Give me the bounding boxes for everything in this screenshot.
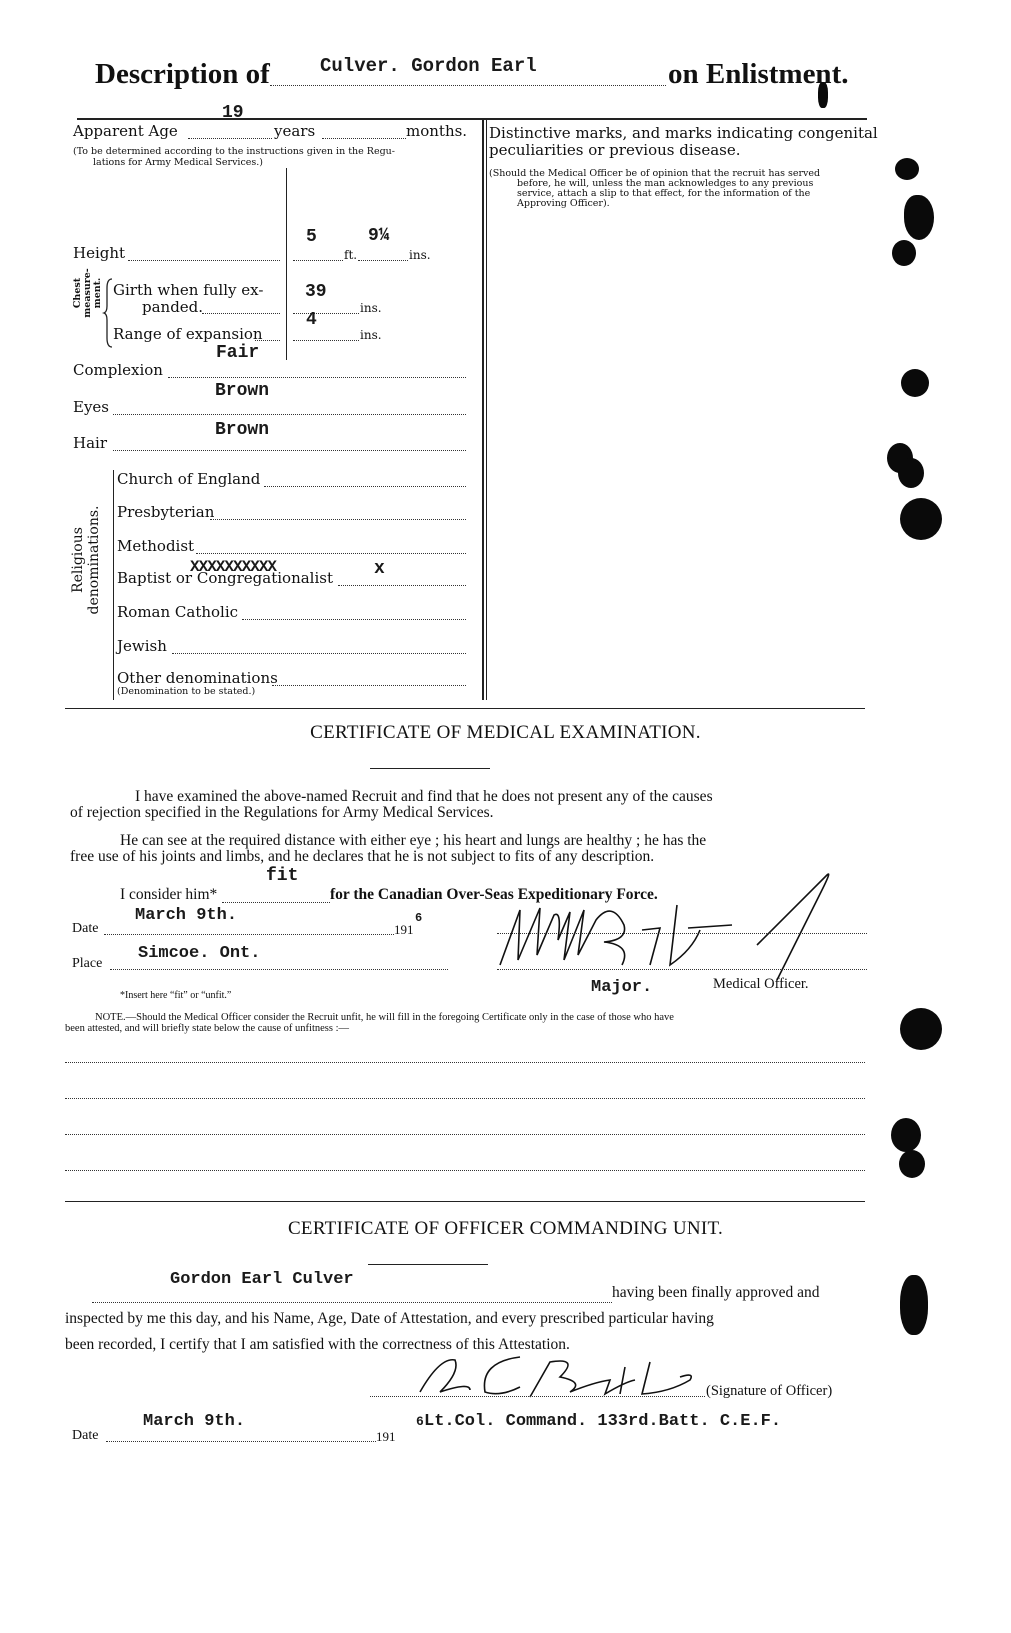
ink-blot-mark bbox=[899, 1150, 925, 1178]
commanding-name-dots bbox=[92, 1302, 612, 1303]
medical-date-value: March 9th. bbox=[135, 906, 237, 925]
girth-unit: ins. bbox=[360, 301, 382, 315]
hair-dots bbox=[113, 450, 466, 451]
girth-label-line2: panded. bbox=[142, 298, 203, 316]
religion-selected-mark: x bbox=[374, 559, 385, 579]
ink-blot-mark bbox=[900, 1275, 928, 1335]
religion-dots bbox=[210, 519, 466, 520]
height-feet-unit: ft. bbox=[344, 248, 357, 262]
medical-officer-rank: Major. bbox=[591, 978, 652, 997]
religion-dots bbox=[338, 585, 466, 586]
chest-label-line3: ment. bbox=[93, 263, 103, 323]
height-dots bbox=[128, 260, 280, 261]
unfitness-line-2[interactable] bbox=[65, 1098, 865, 1099]
fitness-dots bbox=[222, 902, 330, 903]
religion-label-line2: denominations. bbox=[86, 475, 102, 645]
ink-blot-mark bbox=[900, 498, 942, 540]
medical-year-prefix: 191 bbox=[394, 922, 414, 938]
consider-label: I consider him* bbox=[120, 886, 217, 904]
height-inches-dots bbox=[358, 260, 408, 261]
religion-dots bbox=[242, 619, 466, 620]
girth-label-dots bbox=[202, 313, 280, 314]
girth-value-dots bbox=[293, 313, 359, 314]
medical-para1-line2: of rejection specified in the Regulation… bbox=[70, 804, 494, 822]
height-inches-unit: ins. bbox=[409, 248, 431, 262]
unfit-note-line2: been attested, and will briefly state be… bbox=[65, 1023, 349, 1034]
place-dots bbox=[110, 969, 448, 970]
column-divider-left bbox=[482, 120, 484, 700]
section-divider-1 bbox=[65, 708, 865, 709]
religion-dots bbox=[264, 486, 466, 487]
commanding-year-suffix: 6 bbox=[416, 1414, 424, 1429]
medical-certificate-heading: CERTIFICATE OF MEDICAL EXAMINATION. bbox=[0, 722, 1011, 744]
religion-dots bbox=[172, 653, 466, 654]
range-label: Range of expansion bbox=[113, 325, 263, 343]
place-value: Simcoe. Ont. bbox=[138, 944, 260, 963]
commanding-officer-signature bbox=[410, 1352, 700, 1402]
ink-blot-mark bbox=[901, 369, 929, 397]
eyes-value: Brown bbox=[215, 381, 269, 401]
age-note-line2: lations for Army Medical Services.) bbox=[93, 157, 263, 168]
marks-note-line4: Approving Officer). bbox=[517, 198, 610, 209]
ink-blot-mark bbox=[892, 240, 916, 266]
ink-blot-mark bbox=[818, 82, 828, 108]
medical-officer-label: Medical Officer. bbox=[713, 976, 809, 993]
religion-methodist: Methodist bbox=[117, 537, 194, 555]
religion-roman-catholic: Roman Catholic bbox=[117, 603, 238, 621]
complexion-dots bbox=[168, 377, 466, 378]
commanding-year-prefix: 191 bbox=[376, 1429, 396, 1445]
months-label: months. bbox=[406, 122, 467, 140]
years-label: years bbox=[274, 122, 315, 140]
column-divider-right bbox=[486, 120, 487, 700]
section-divider-2 bbox=[65, 1201, 865, 1202]
religion-presbyterian: Presbyterian bbox=[117, 503, 214, 521]
recruit-name-value: Culver. Gordon Earl bbox=[320, 55, 537, 77]
height-label: Height bbox=[73, 244, 125, 262]
ink-blot-mark bbox=[895, 158, 919, 180]
fitness-value: fit bbox=[266, 866, 298, 886]
height-feet-value: 5 bbox=[306, 227, 317, 247]
religion-other: Other denominations bbox=[117, 669, 278, 687]
complexion-label: Complexion bbox=[73, 361, 163, 379]
range-label-dots bbox=[255, 340, 280, 341]
girth-label-line1: Girth when fully ex- bbox=[113, 281, 263, 299]
header-divider bbox=[77, 118, 867, 120]
marks-heading-line2: peculiarities or previous disease. bbox=[489, 141, 741, 159]
apparent-age-value: 19 bbox=[222, 103, 244, 123]
unfitness-line-4[interactable] bbox=[65, 1170, 865, 1171]
age-note-line1: (To be determined according to the instr… bbox=[73, 146, 395, 157]
commanding-signature-dots bbox=[370, 1396, 705, 1397]
form-title-prefix: Description of bbox=[95, 58, 270, 91]
commanding-line2: inspected by me this day, and his Name, … bbox=[65, 1310, 714, 1328]
ink-blot-mark bbox=[900, 1008, 942, 1050]
religion-dots bbox=[272, 685, 466, 686]
religion-label-line1: Religious bbox=[70, 475, 86, 645]
heading-rule bbox=[370, 768, 490, 769]
marks-heading-line1: Distinctive marks, and marks indicating … bbox=[489, 124, 878, 142]
denomination-note: (Denomination to be stated.) bbox=[117, 686, 255, 697]
range-value: 4 bbox=[306, 310, 317, 330]
medical-date-dots bbox=[104, 934, 394, 935]
age-months-dots bbox=[322, 138, 406, 139]
religion-bracket bbox=[113, 470, 114, 700]
medical-officer-signature bbox=[492, 870, 832, 980]
medical-date-label: Date bbox=[72, 921, 98, 937]
religious-denominations-label: Religious denominations. bbox=[70, 475, 102, 645]
range-unit: ins. bbox=[360, 328, 382, 342]
chest-measurement-label: Chest measure- ment. bbox=[73, 263, 103, 323]
signature-of-officer-label: (Signature of Officer) bbox=[706, 1383, 832, 1400]
apparent-age-label: Apparent Age bbox=[73, 122, 178, 140]
religion-dots bbox=[196, 553, 466, 554]
hair-value: Brown bbox=[215, 420, 269, 440]
medical-year-suffix: 6 bbox=[415, 911, 422, 925]
medical-para2-line2: free use of his joints and limbs, and he… bbox=[70, 848, 654, 866]
range-value-dots bbox=[293, 340, 359, 341]
commanding-recruit-name: Gordon Earl Culver bbox=[170, 1270, 354, 1289]
eyes-dots bbox=[113, 414, 466, 415]
measurement-column-divider bbox=[286, 168, 287, 360]
heading-rule-2 bbox=[368, 1264, 488, 1265]
place-label: Place bbox=[72, 956, 102, 972]
name-dotted-line bbox=[270, 85, 666, 86]
ink-blot-mark bbox=[898, 458, 924, 488]
ink-blot-mark bbox=[904, 195, 934, 240]
commanding-date-dots bbox=[106, 1441, 376, 1442]
age-years-dots bbox=[188, 138, 272, 139]
complexion-value: Fair bbox=[216, 343, 259, 363]
unfit-note-line1: NOTE.—Should the Medical Officer conside… bbox=[95, 1012, 674, 1023]
religion-church-of-england: Church of England bbox=[117, 470, 260, 488]
fit-unfit-note: *Insert here “fit” or “unfit.” bbox=[120, 990, 231, 1001]
religion-jewish: Jewish bbox=[117, 637, 167, 655]
height-feet-dots bbox=[293, 260, 343, 261]
commanding-certificate-heading: CERTIFICATE OF OFFICER COMMANDING UNIT. bbox=[0, 1218, 1011, 1240]
eyes-label: Eyes bbox=[73, 398, 109, 416]
ink-blot-mark bbox=[891, 1118, 921, 1152]
commanding-date-label: Date bbox=[72, 1428, 98, 1444]
hair-label: Hair bbox=[73, 434, 107, 452]
commanding-officer-title: Lt.Col. Command. 133rd.Batt. C.E.F. bbox=[424, 1412, 781, 1431]
unfitness-line-1[interactable] bbox=[65, 1062, 865, 1063]
girth-value: 39 bbox=[305, 282, 327, 302]
religion-baptist-congregationalist: Baptist or Congregationalist bbox=[117, 569, 333, 587]
unfitness-line-3[interactable] bbox=[65, 1134, 865, 1135]
commanding-date-value: March 9th. bbox=[143, 1412, 245, 1431]
height-inches-value: 9¼ bbox=[368, 226, 390, 246]
commanding-line1-suffix: having been finally approved and bbox=[612, 1284, 819, 1302]
